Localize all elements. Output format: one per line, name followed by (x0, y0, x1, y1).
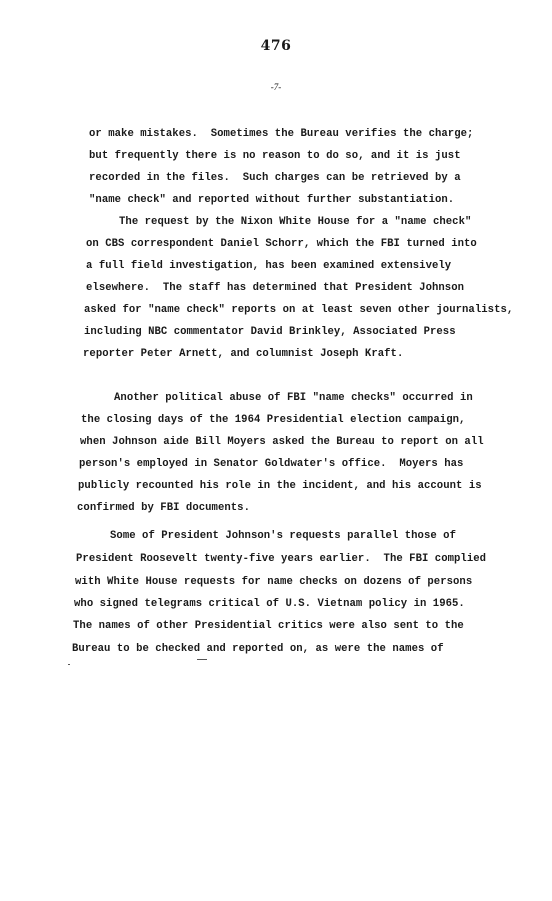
scan-speck (68, 664, 70, 665)
text-line: person's employed in Senator Goldwater's… (79, 458, 463, 470)
text-line: Another political abuse of FBI "name che… (114, 392, 473, 404)
scan-speck (197, 659, 207, 660)
scan-speck (432, 650, 433, 651)
text-line: Some of President Johnson's requests par… (110, 530, 456, 542)
text-line: or make mistakes. Sometimes the Bureau v… (89, 128, 473, 140)
text-line: The request by the Nixon White House for… (119, 216, 471, 228)
text-line: reporter Peter Arnett, and columnist Jos… (83, 348, 403, 360)
text-line: President Roosevelt twenty-five years ea… (76, 553, 486, 565)
text-line: including NBC commentator David Brinkley… (84, 326, 456, 338)
text-line: confirmed by FBI documents. (77, 502, 250, 514)
text-line: Bureau to be checked and reported on, as… (72, 643, 444, 655)
text-line: asked for "name check" reports on at lea… (84, 304, 513, 316)
text-line: with White House requests for name check… (75, 576, 472, 588)
text-line: who signed telegrams critical of U.S. Vi… (74, 598, 465, 610)
text-line: elsewhere. The staff has determined that… (86, 282, 464, 294)
text-line: on CBS correspondent Daniel Schorr, whic… (86, 238, 477, 250)
text-line: The names of other Presidential critics … (73, 620, 464, 632)
page-number: 476 (0, 38, 552, 54)
text-line: a full field investigation, has been exa… (86, 260, 451, 272)
text-line: "name check" and reported without furthe… (89, 194, 454, 206)
text-line: but frequently there is no reason to do … (89, 150, 461, 162)
text-line: the closing days of the 1964 Presidentia… (81, 414, 465, 426)
text-line: publicly recounted his role in the incid… (78, 480, 482, 492)
text-line: when Johnson aide Bill Moyers asked the … (80, 436, 484, 448)
section-number: -7- (0, 82, 552, 92)
text-line: recorded in the files. Such charges can … (89, 172, 461, 184)
